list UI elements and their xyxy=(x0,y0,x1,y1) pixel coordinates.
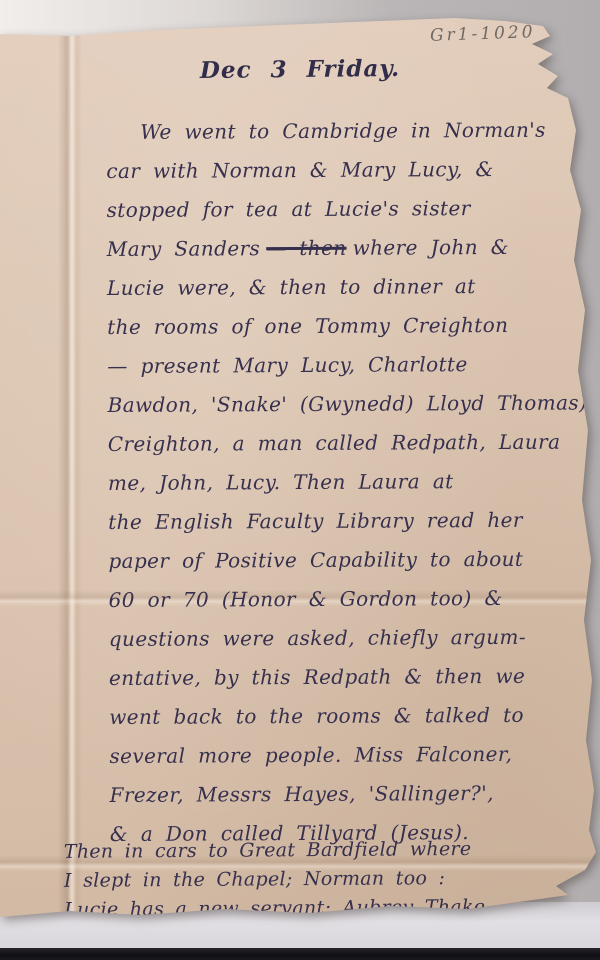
manuscript-line-strikethrough: Mary Sanders— thenwhere John & xyxy=(107,228,543,269)
manuscript-line: 60 or 70 (Honor & Gordon too) & xyxy=(109,579,545,620)
manuscript-page: Gr1-1020 Dec 3 Friday. We went to Cambri… xyxy=(0,0,600,960)
struck-word: — then xyxy=(266,236,347,260)
manuscript-line: Lucie were, & then to dinner at xyxy=(107,267,543,308)
manuscript-line: several more people. Miss Falconer, xyxy=(109,735,545,776)
manuscript-line: I slept in the Chapel; Norman too : xyxy=(64,863,584,896)
manuscript-line: stopped for tea at Lucie's sister xyxy=(106,189,542,230)
manuscript-line: We went to Cambridge in Norman's xyxy=(106,111,542,152)
manuscript-line: Frezer, Messrs Hayes, 'Sallinger?', xyxy=(110,774,546,815)
diary-closing: Then in cars to Great Bardfield where I … xyxy=(64,834,585,925)
manuscript-line: paper of Positive Capability to about xyxy=(108,540,544,581)
manuscript-line: me, John, Lucy. Then Laura at xyxy=(108,462,544,503)
date-heading: Dec 3 Friday. xyxy=(0,53,600,86)
manuscript-line: Then in cars to Great Bardfield where xyxy=(64,834,584,867)
strike-line-pre: Mary Sanders xyxy=(107,236,261,261)
catalog-number: Gr1-1020 xyxy=(430,22,536,46)
manuscript-line: questions were asked, chiefly argum- xyxy=(109,618,545,659)
manuscript-line: Lucie has a new servant: Aubrey Thake. xyxy=(64,892,584,925)
manuscript-line: — present Mary Lucy, Charlotte xyxy=(107,345,543,386)
strike-line-post: where John & xyxy=(353,235,509,260)
manuscript-line: entative, by this Redpath & then we xyxy=(109,657,545,698)
manuscript-line: the rooms of one Tommy Creighton xyxy=(107,306,543,347)
manuscript-line: Bawdon, 'Snake' (Gwynedd) Lloyd Thomas) xyxy=(107,384,543,425)
manuscript-line: car with Norman & Mary Lucy, & xyxy=(106,150,542,191)
manuscript-line: the English Faculty Library read her xyxy=(108,501,544,542)
diary-body: We went to Cambridge in Norman's car wit… xyxy=(0,110,600,854)
manuscript-line: went back to the rooms & talked to xyxy=(109,696,545,737)
manuscript-line: Creighton, a man called Redpath, Laura xyxy=(108,423,544,464)
manuscript-page-wrapper: Gr1-1020 Dec 3 Friday. We went to Cambri… xyxy=(0,0,600,960)
